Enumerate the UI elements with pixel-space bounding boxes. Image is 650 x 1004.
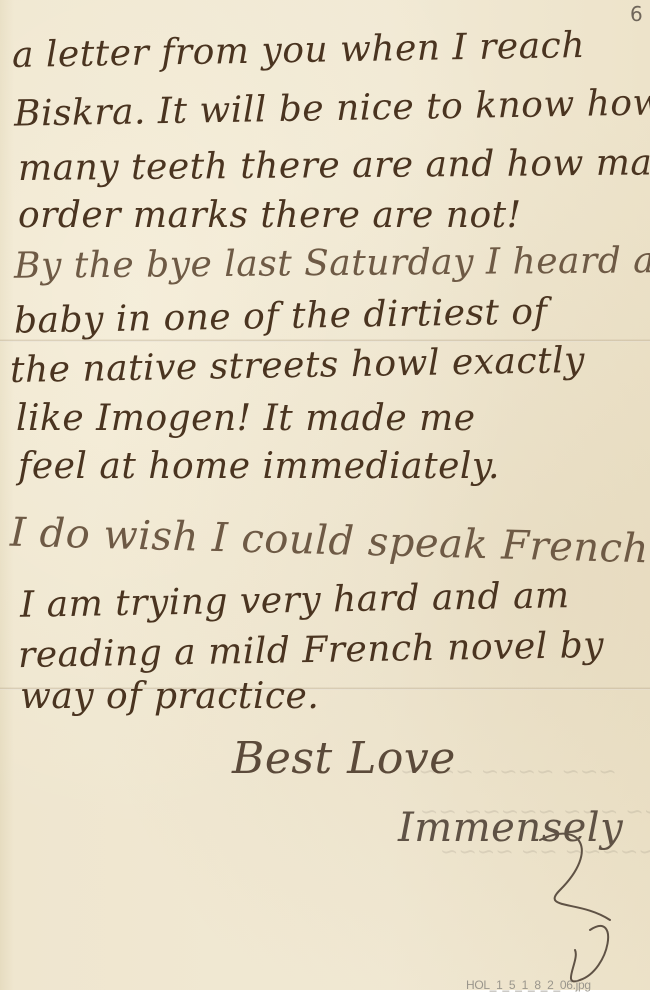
letter-page: ~~~ ~~~~ ~~~~ ~~~~~ ~~~ ~~~~~ ~~ ~~~ ~~~…: [0, 0, 650, 990]
letter-closing: Best Love: [232, 733, 456, 784]
letter-line: order marks there are not!: [18, 195, 522, 236]
filename-label: HOL_1_5_1_8_2_06.jpg: [466, 978, 591, 992]
page-number: 6: [630, 2, 643, 26]
letter-line: reading a mild French novel by: [18, 625, 605, 676]
letter-line: I am trying very hard and am: [20, 575, 570, 626]
letter-line: By the bye last Saturday I heard a: [14, 240, 650, 287]
letter-line: Biskra. It will be nice to know how: [14, 82, 650, 134]
letter-line: way of practice.: [20, 676, 319, 717]
letter-line: a letter from you when I reach: [12, 25, 586, 76]
signature-flourish-icon: [520, 830, 630, 990]
letter-line: baby in one of the dirtiest of: [14, 291, 548, 341]
letter-line: like Imogen! It made me: [16, 398, 476, 439]
letter-line: I do wish I could speak French: [10, 510, 650, 573]
letter-line: many teeth there are and how many: [18, 142, 650, 189]
letter-line: the native streets howl exactly: [10, 340, 586, 391]
letter-line: feel at home immediately.: [18, 446, 500, 487]
